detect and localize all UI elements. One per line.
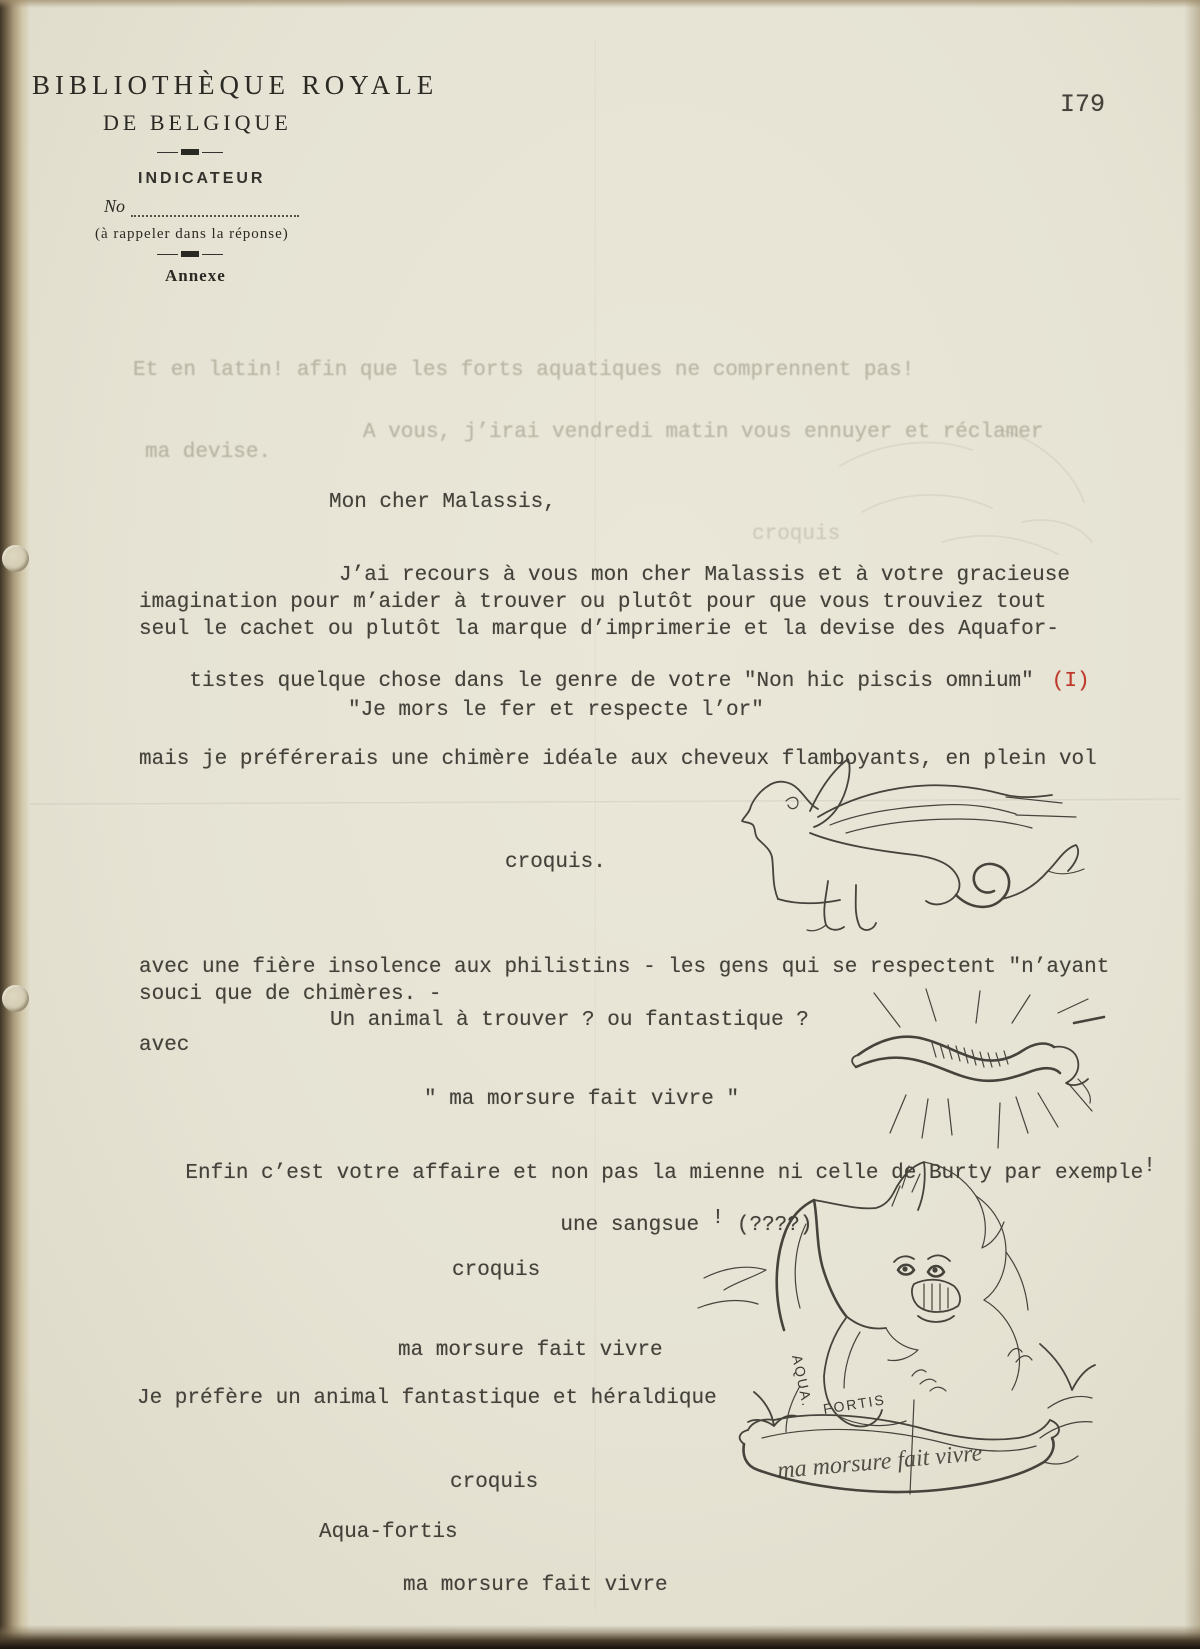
paragraph1-line3: seul le cachet ou plutôt la marque d’imp… bbox=[139, 617, 1059, 642]
showthrough-sketch bbox=[820, 420, 1100, 580]
motto-morsure-quoted: " ma morsure fait vivre " bbox=[424, 1087, 739, 1112]
croquis-caption-3: croquis bbox=[450, 1470, 538, 1495]
letterhead-indicateur: INDICATEUR bbox=[138, 170, 265, 188]
line-insolence-2: souci que de chimères. - bbox=[139, 982, 441, 1007]
chimera-sketch bbox=[660, 753, 1105, 943]
line-morsure-2: ma morsure fait vivre bbox=[398, 1338, 663, 1363]
ornament-divider-top bbox=[157, 149, 223, 155]
leech-sketch bbox=[840, 983, 1110, 1158]
dotted-fill-line bbox=[131, 203, 299, 217]
no-label: No bbox=[104, 196, 125, 217]
reference-mark-red: (I) bbox=[1034, 670, 1090, 693]
line-aqua-fortis: Aqua-fortis bbox=[319, 1520, 458, 1545]
line-insolence-1: avec une fière insolence aux philistins … bbox=[139, 955, 1109, 980]
scan-bottom-edge bbox=[0, 1625, 1200, 1649]
paragraph1-line4-text: tistes quelque chose dans le genre de vo… bbox=[189, 670, 1033, 693]
line-morsure-3: ma morsure fait vivre bbox=[403, 1573, 668, 1598]
line-animal: Un animal à trouver ? ou fantastique ? bbox=[330, 1008, 809, 1033]
salutation: Mon cher Malassis, bbox=[329, 490, 556, 515]
scan-right-edge bbox=[1184, 0, 1200, 1649]
devil-aqua-fortis-sketch: AQUA. FORTIS ma morsure fait vivre bbox=[688, 1148, 1108, 1510]
motto-fer-or: "Je mors le fer et respecte l’or" bbox=[348, 698, 764, 723]
punch-hole-bottom bbox=[2, 985, 29, 1012]
letterhead-annexe: Annexe bbox=[165, 266, 226, 286]
book-binding-edge bbox=[0, 0, 30, 1649]
showthrough-line-1: Et en latin! afin que les forts aquatiqu… bbox=[133, 358, 914, 383]
punch-hole-top bbox=[2, 545, 29, 572]
showthrough-line-3: ma devise. bbox=[145, 440, 271, 465]
paragraph1-line1: J’ai recours à vous mon cher Malassis et… bbox=[339, 563, 1070, 588]
indicateur-number-row: No bbox=[104, 196, 299, 217]
letterhead-title: BIBLIOTHÈQUE ROYALE bbox=[32, 70, 438, 101]
banner-script-text: ma morsure fait vivre bbox=[776, 1440, 983, 1484]
scan-top-edge bbox=[0, 0, 1200, 8]
paragraph1-line2: imagination pour m’aider à trouver ou pl… bbox=[139, 590, 1046, 615]
vertical-fold-crease bbox=[593, 40, 596, 1610]
ornament-divider-bottom bbox=[157, 251, 223, 257]
burty-exclamation: ! bbox=[1143, 1155, 1156, 1178]
devil-label-fortis: FORTIS bbox=[822, 1391, 887, 1417]
croquis-caption-1: croquis. bbox=[505, 850, 606, 875]
croquis-caption-2: croquis bbox=[452, 1258, 540, 1283]
letterhead-subtitle: DE BELGIQUE bbox=[103, 110, 292, 136]
line-avec: avec bbox=[139, 1033, 189, 1058]
scanned-letter-page: BIBLIOTHÈQUE ROYALE DE BELGIQUE INDICATE… bbox=[0, 0, 1200, 1649]
letterhead-note: (à rappeler dans la réponse) bbox=[95, 226, 289, 243]
line-heraldique: Je préfère un animal fantastique et héra… bbox=[137, 1386, 717, 1411]
page-number: I79 bbox=[1060, 92, 1105, 117]
